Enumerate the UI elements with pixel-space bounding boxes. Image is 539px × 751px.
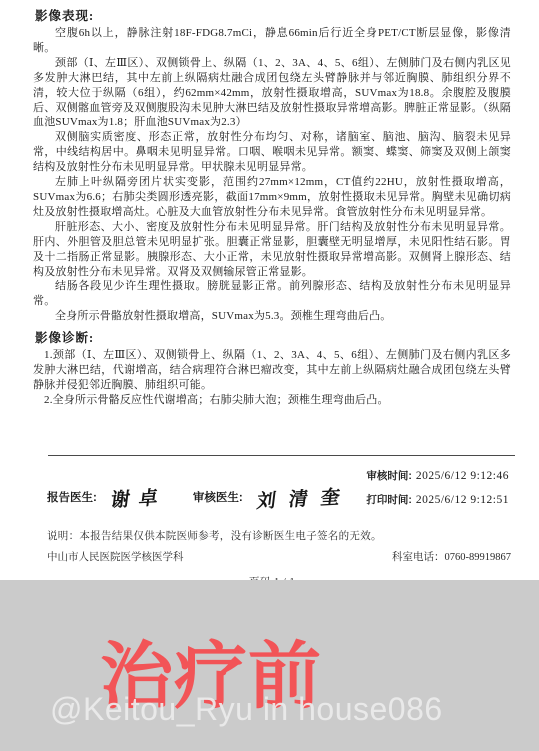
diagnosis-section: 1.颈部（Ⅰ、左Ⅲ区）、双侧锁骨上、纵隔（1、2、3A、4、5、6组）、左侧肺门… (33, 348, 511, 408)
review-time-row: 审核时间: 2025/6/12 9:12:46 (366, 468, 509, 483)
review-time-value: 2025/6/12 9:12:46 (416, 470, 509, 482)
diagnosis-item: 2.全身所示骨骼反应性代谢增高；右肺尖肺大泡；颈椎生理弯曲后凸。 (33, 393, 511, 408)
signature-area: 报告医生: 谢卓 审核医生: 刘清奎 审核时间: 2025/6/12 9:12:… (47, 468, 511, 520)
doctor-signature-line: 报告医生: 谢卓 审核医生: 刘清奎 (47, 484, 353, 511)
findings-section: 空腹6h以上，静脉注射18F-FDG8.7mCi，静息66min后行近全身PET… (33, 26, 511, 324)
print-time-value: 2025/6/12 9:12:51 (416, 494, 509, 506)
findings-paragraph: 双侧脑实质密度、形态正常，放射性分布均匀、对称，诸脑室、脑池、脑沟、脑裂未见异常… (33, 130, 511, 175)
department-phone: 科室电话：0760-89919867 (392, 549, 511, 564)
findings-paragraph: 肝脏形态、大小、密度及放射性分布未见明显异常。肝门结构及放射性分布未见明显异常。… (33, 220, 511, 280)
print-time-row: 打印时间: 2025/6/12 9:12:51 (366, 492, 509, 507)
review-doctor-label: 审核医生: (193, 489, 243, 505)
review-doctor-signature: 刘清奎 (255, 481, 354, 513)
report-page: 影像表现: 空腹6h以上，静脉注射18F-FDG8.7mCi，静息66min后行… (0, 0, 539, 580)
findings-paragraph: 颈部（Ⅰ、左Ⅲ区）、双侧锁骨上、纵隔（1、2、3A、4、5、6组）、左侧肺门及右… (33, 56, 511, 131)
timestamp-block: 审核时间: 2025/6/12 9:12:46 打印时间: 2025/6/12 … (366, 468, 509, 507)
watermark-text: @Keitou_Ryu in house086 (50, 691, 443, 728)
findings-paragraph: 空腹6h以上，静脉注射18F-FDG8.7mCi，静息66min后行近全身PET… (33, 26, 511, 56)
findings-heading: 影像表现: (35, 6, 511, 24)
review-time-label: 审核时间: (366, 468, 412, 483)
institution-row: 中山市人民医院医学核医学科 科室电话：0760-89919867 (47, 549, 511, 564)
report-doctor-signature: 谢卓 (109, 482, 168, 512)
print-time-label: 打印时间: (366, 492, 412, 507)
findings-paragraph: 结肠各段见少许生理性摄取。膀胱显影正常。前列腺形态、结构及放射性分布未见明显异常… (33, 279, 511, 309)
diagnosis-item: 1.颈部（Ⅰ、左Ⅲ区）、双侧锁骨上、纵隔（1、2、3A、4、5、6组）、左侧肺门… (33, 348, 511, 393)
report-viewer: { "report": { "findings_heading": "影像表现:… (0, 0, 539, 751)
findings-paragraph: 全身所示骨骼放射性摄取增高，SUVmax为5.3。颈椎生理弯曲后凸。 (33, 309, 511, 324)
signature-divider (48, 455, 515, 456)
institution-name: 中山市人民医院医学核医学科 (47, 549, 184, 564)
disclaimer-note: 说明：本报告结果仅供本院医师参考，没有诊断医生电子签名的无效。 (47, 528, 511, 543)
findings-paragraph: 左肺上叶纵隔旁团片状实变影，范围约27mm×12mm，CT值约22HU，放射性摄… (33, 175, 511, 220)
diagnosis-heading: 影像诊断: (35, 328, 511, 346)
report-doctor-label: 报告医生: (47, 489, 97, 505)
